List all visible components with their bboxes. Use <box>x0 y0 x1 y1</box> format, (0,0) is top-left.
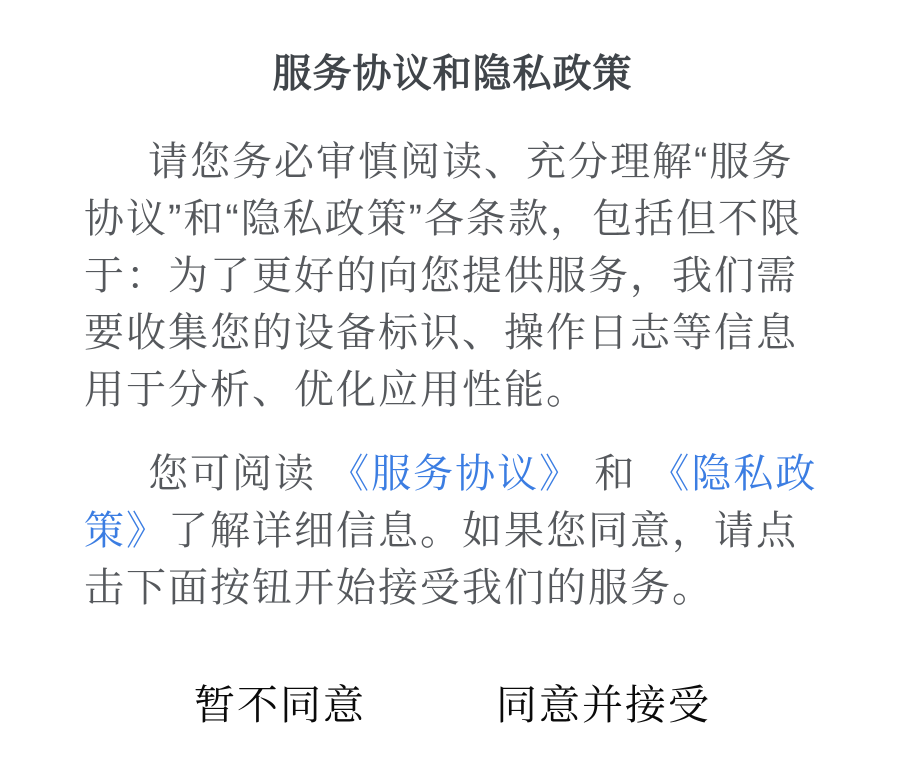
links-paragraph-text-lead: 您可阅读 <box>148 452 329 496</box>
links-paragraph-text-tail: 了解详细信息。如果您同意，请点击下面按钮开始接受我们的服务。 <box>84 509 798 610</box>
dialog-action-row: 暂不同意 同意并接受 <box>84 681 821 729</box>
policy-links-paragraph: 您可阅读 《服务协议》 和 《隐私政策》了解详细信息。如果您同意，请点击下面按钮… <box>84 446 821 617</box>
agree-accept-button[interactable]: 同意并接受 <box>496 681 711 729</box>
dialog-title: 服务协议和隐私政策 <box>84 52 821 98</box>
policy-description-paragraph: 请您务必审慎阅读、充分理解“服务协议”和“隐私政策”各条款，包括但不限于：为了更… <box>84 134 821 419</box>
links-paragraph-text-and: 和 <box>581 452 649 496</box>
service-agreement-link[interactable]: 《服务协议》 <box>329 452 581 496</box>
privacy-policy-dialog: 服务协议和隐私政策 请您务必审慎阅读、充分理解“服务协议”和“隐私政策”各条款，… <box>0 0 905 761</box>
disagree-button[interactable]: 暂不同意 <box>194 681 366 729</box>
